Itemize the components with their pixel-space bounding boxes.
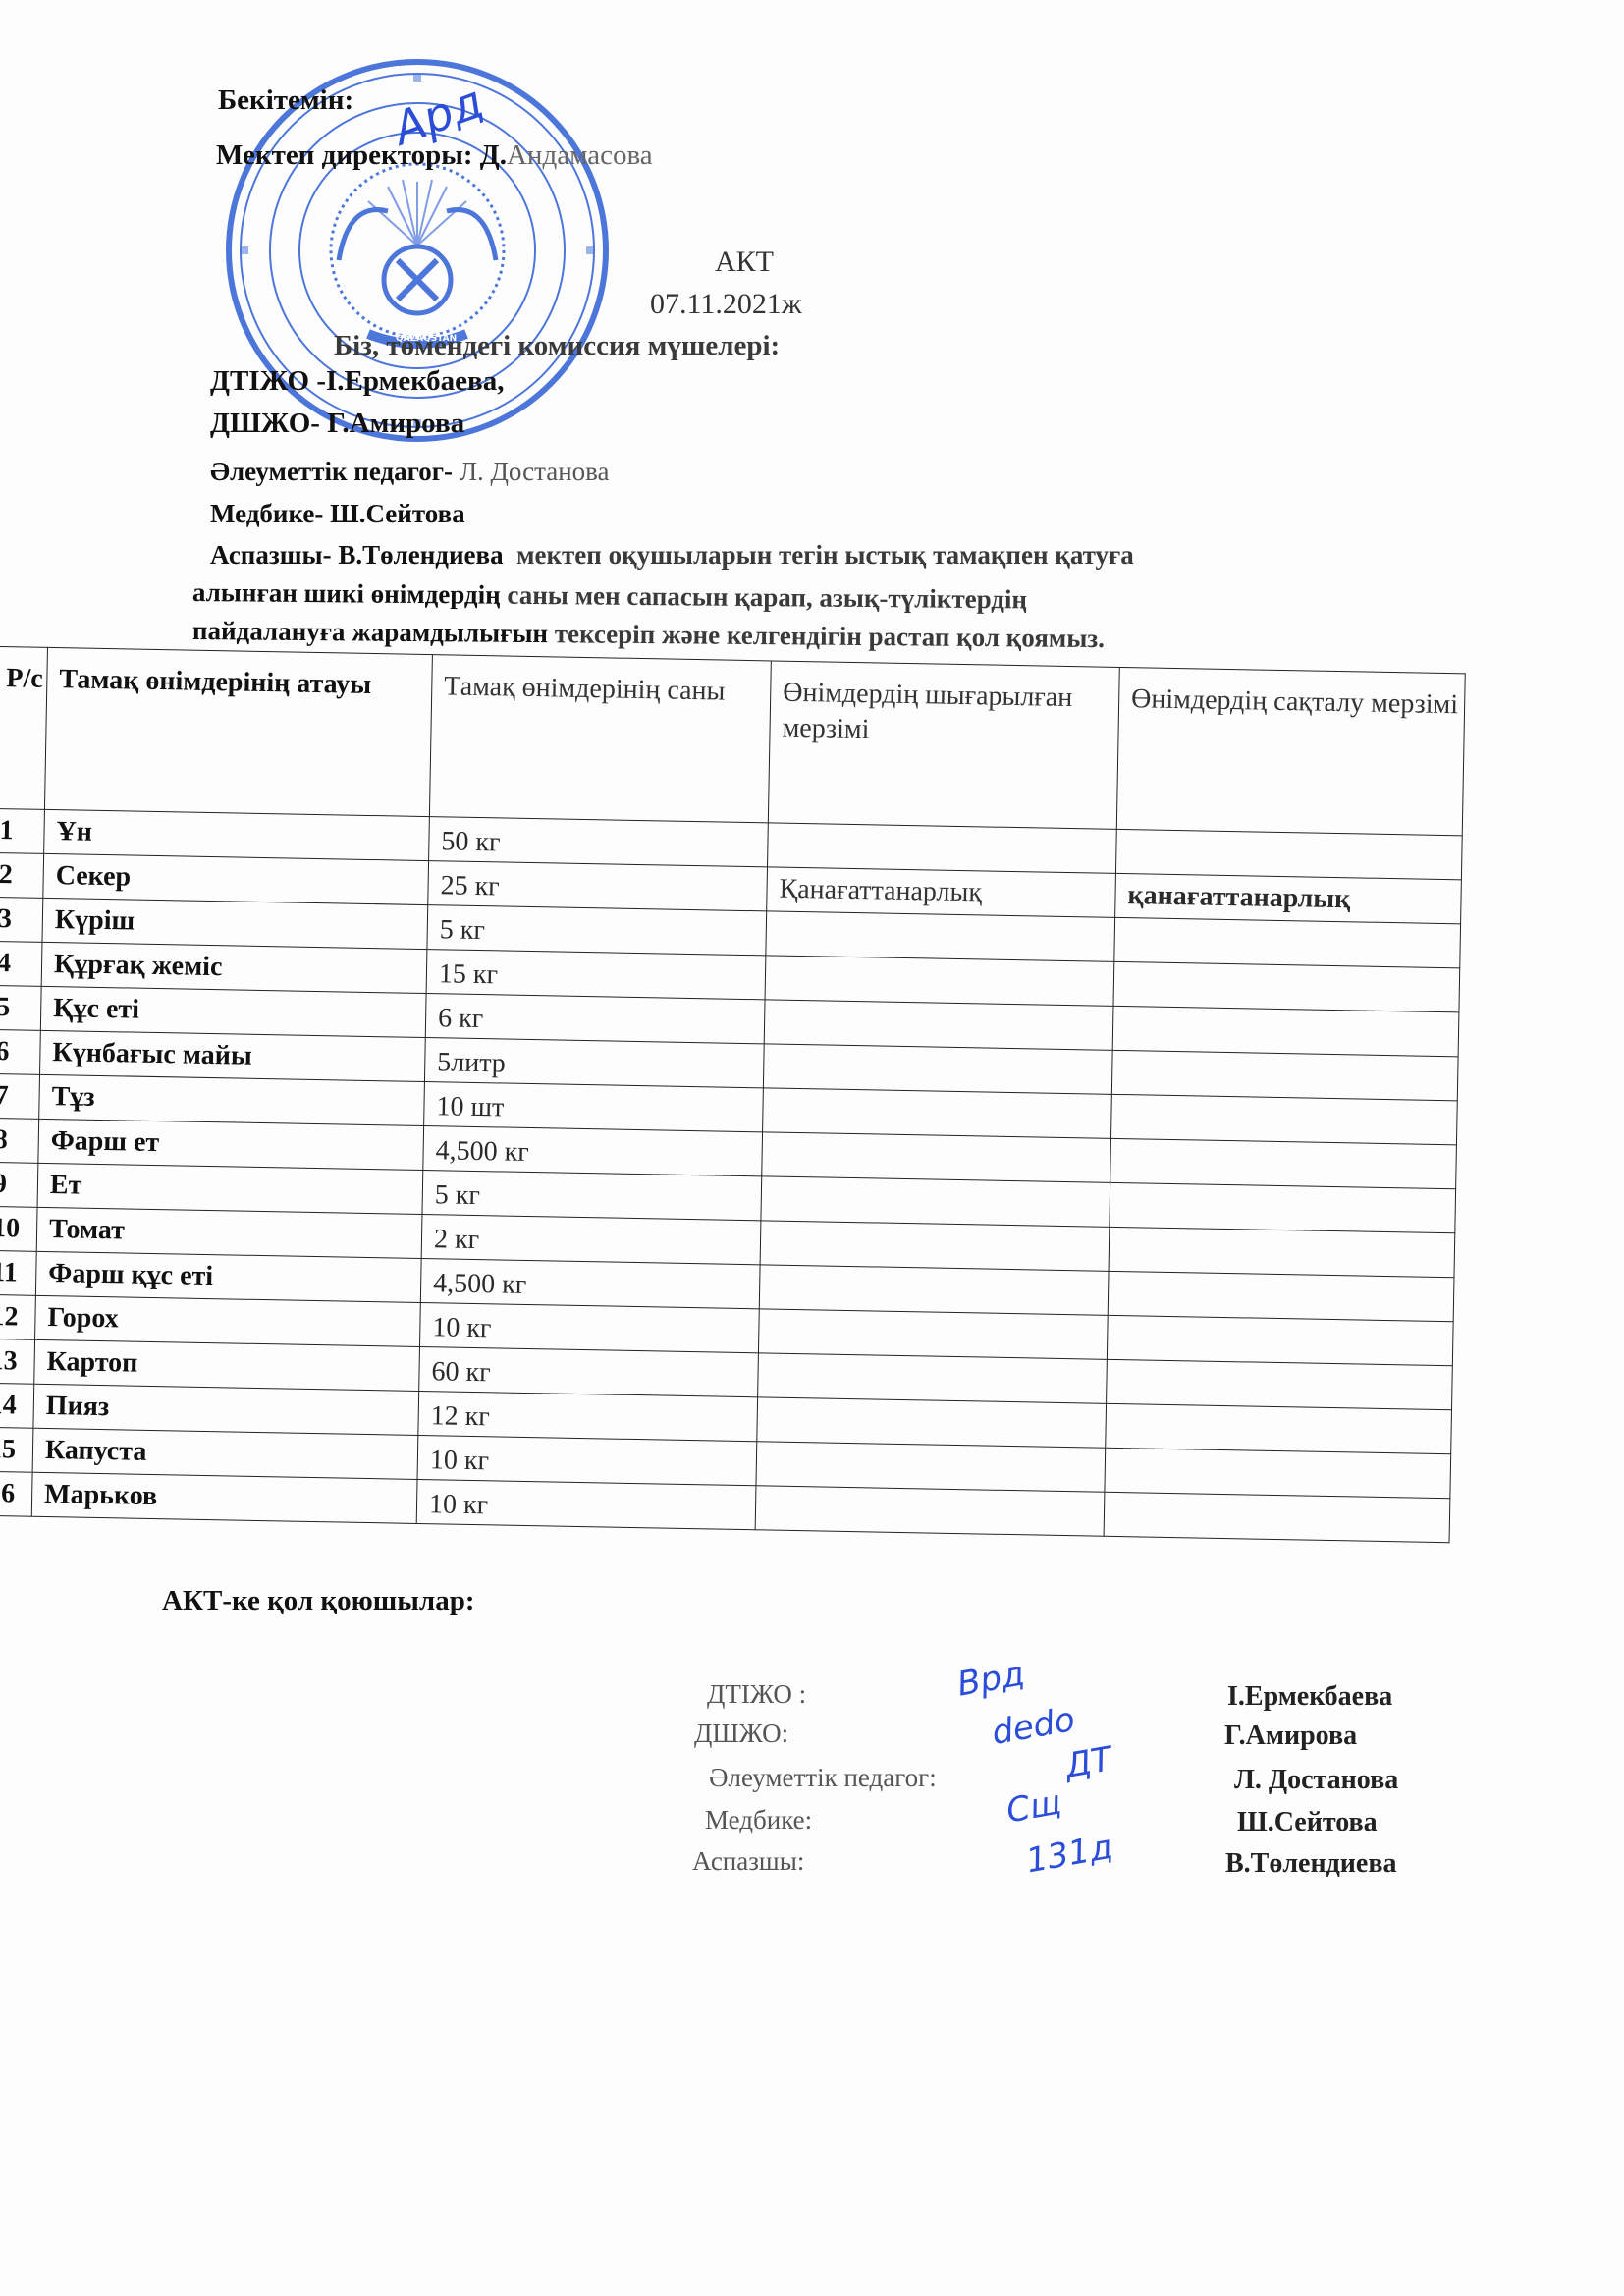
products-table: Р/с Тамақ өнімдерінің атауы Тамақ өнімде… [0, 646, 1465, 1543]
signers-title: АКТ-ке қол қоюшылар: [162, 1585, 474, 1617]
shelf-life [1111, 1094, 1458, 1144]
table-header-row: Р/с Тамақ өнімдерінің атауы Тамақ өнімде… [0, 647, 1465, 836]
signer-role: Медбике: [705, 1805, 812, 1835]
header-quantity: Тамақ өнімдерінің саны [429, 655, 771, 823]
row-number: 7 [0, 1073, 40, 1119]
shelf-life [1110, 1182, 1456, 1232]
row-number: 13 [0, 1339, 35, 1384]
row-number: 12 [0, 1294, 35, 1339]
product-quantity: 5литр [424, 1038, 764, 1088]
member-social-pedagogue: Әлеуметтік педагог- Л. Достанова [210, 457, 610, 487]
production-date [765, 956, 1114, 1006]
director-prefix: Мектеп директоры: Д. [216, 139, 507, 171]
paragraph-line-3: пайдалануға жарамдылығын тексеріп және к… [192, 616, 1105, 654]
product-quantity: 50 кг [429, 817, 769, 867]
product-name: Тұз [39, 1074, 425, 1125]
header-production-date: Өнімдердің шығарылған мерзімі [768, 661, 1119, 829]
production-date [766, 911, 1115, 961]
member-dshzho: ДШЖО- Г.Амирова [210, 408, 464, 440]
production-date [755, 1486, 1105, 1536]
shelf-life [1115, 829, 1462, 879]
row-number: 15 [0, 1427, 33, 1472]
product-name: Томат [36, 1207, 422, 1258]
header-number: Р/с [0, 647, 47, 810]
product-quantity: 5 кг [422, 1171, 762, 1221]
signer-name: Л. Достанова [1234, 1765, 1398, 1796]
handwritten-signature: ДТ [1062, 1739, 1115, 1786]
signer-role: Әлеуметтік педагог: [709, 1763, 937, 1793]
row-number: 6 [0, 1029, 40, 1074]
row-number: 10 [0, 1206, 37, 1251]
production-date [761, 1176, 1110, 1227]
product-quantity: 60 кг [419, 1346, 759, 1396]
production-date: Қанағаттанарлық [767, 867, 1116, 917]
signer-name: І.Ермекбаева [1227, 1681, 1392, 1713]
product-name: Горох [35, 1295, 421, 1346]
member-nurse: Медбике- Ш.Сейтова [210, 499, 465, 529]
row-number: 4 [0, 941, 42, 986]
shelf-life [1113, 961, 1460, 1011]
row-number: 9 [0, 1162, 38, 1207]
shelf-life [1107, 1315, 1453, 1365]
row-number: 14 [0, 1383, 34, 1428]
production-date [758, 1309, 1108, 1359]
shelf-life [1105, 1448, 1451, 1498]
production-date [763, 1088, 1112, 1138]
product-name: Пияз [33, 1384, 419, 1435]
row-number: 8 [0, 1118, 39, 1163]
row-number: 16 [0, 1471, 32, 1516]
handwritten-signature: Сщ [1003, 1782, 1064, 1831]
product-name: Марьков [31, 1472, 417, 1523]
production-date [763, 1044, 1112, 1094]
shelf-life [1106, 1403, 1452, 1453]
product-quantity: 25 кг [428, 861, 768, 911]
row-number: 2 [0, 852, 44, 898]
director-name: Андамасова [507, 139, 653, 171]
product-quantity: 4,500 кг [420, 1259, 760, 1309]
production-date [762, 1132, 1111, 1182]
product-name: Капуста [32, 1428, 418, 1479]
production-date [759, 1265, 1109, 1315]
production-date [756, 1442, 1106, 1492]
shelf-life [1111, 1050, 1458, 1100]
act-title: АКТ [715, 246, 774, 279]
product-quantity: 10 кг [419, 1302, 759, 1352]
production-date [764, 1000, 1113, 1050]
shelf-life: қанағаттанарлық [1115, 873, 1462, 923]
intro-text: Біз, төмендегі комиссия мүшелері: [334, 330, 780, 362]
shelf-life [1104, 1492, 1450, 1542]
handwritten-signature: dеdo [989, 1700, 1078, 1753]
member-cook: Аспазшы- В.Төлендиева мектеп оқушыларын … [210, 540, 1134, 571]
row-number: 11 [0, 1250, 36, 1295]
product-name: Құрғақ жеміс [41, 942, 427, 993]
production-date [760, 1221, 1110, 1271]
header-shelf-life: Өнімдердің сақталу мерзімі [1116, 667, 1465, 835]
product-quantity: 10 кг [416, 1479, 756, 1529]
header-product-name: Тамақ өнімдерінің атауы [44, 647, 432, 816]
approval-label: Бекітемін: [218, 84, 353, 117]
approval-director: Мектеп директоры: Д.Андамасова [216, 139, 653, 172]
product-name: Күнбағыс майы [40, 1030, 426, 1081]
signer-role: Аспазшы: [692, 1846, 804, 1877]
product-name: Секер [43, 853, 429, 904]
product-quantity: 6 кг [425, 994, 765, 1044]
product-quantity: 10 шт [424, 1082, 764, 1132]
product-name: Фарш құс еті [35, 1251, 421, 1302]
signer-name: Ш.Сейтова [1237, 1807, 1378, 1838]
handwritten-signature: 131д [1023, 1828, 1115, 1882]
shelf-life [1109, 1227, 1455, 1277]
signer-role: ДШЖО: [694, 1719, 788, 1749]
product-name: Картоп [34, 1339, 420, 1391]
row-number: 1 [0, 808, 44, 853]
shelf-life [1112, 1006, 1459, 1056]
product-quantity: 4,500 кг [423, 1126, 763, 1176]
shelf-life [1110, 1138, 1457, 1188]
shelf-life [1108, 1271, 1454, 1321]
production-date [758, 1353, 1108, 1403]
product-quantity: 12 кг [418, 1391, 758, 1441]
paragraph-line-2: алынған шикі өнімдердің саны мен сапасын… [192, 577, 1027, 615]
product-quantity: 2 кг [421, 1215, 761, 1265]
shelf-life [1114, 917, 1461, 967]
product-name: Фарш ет [38, 1119, 424, 1170]
handwritten-signature: Врд [954, 1654, 1027, 1704]
row-number: 5 [0, 985, 41, 1030]
row-number: 3 [0, 897, 43, 942]
signer-name: Г.Амирова [1224, 1721, 1357, 1752]
act-date: 07.11.2021ж [650, 288, 802, 321]
shelf-life [1107, 1359, 1453, 1409]
product-name: Күріш [42, 898, 428, 949]
signer-role: ДТІЖО : [707, 1679, 806, 1710]
signer-name: В.Төлендиева [1225, 1848, 1396, 1880]
production-date [768, 823, 1117, 873]
product-name: Ет [37, 1163, 423, 1214]
product-name: Құс еті [40, 986, 426, 1037]
production-date [757, 1397, 1107, 1448]
member-dtizho: ДТІЖО -І.Ермекбаева, [210, 365, 504, 398]
product-quantity: 5 кг [427, 905, 767, 956]
product-quantity: 10 кг [417, 1435, 757, 1485]
product-name: Ұн [44, 809, 430, 860]
product-quantity: 15 кг [426, 950, 766, 1000]
